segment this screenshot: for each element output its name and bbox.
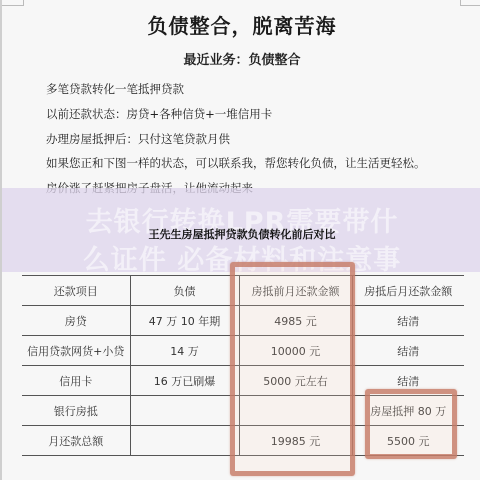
highlight-box-before [230, 262, 355, 476]
table-cell: 月还款总额 [22, 426, 130, 456]
document-page: 负债整合，脱离苦海 最近业务：负债整合 多笔贷款转化一笔抵押贷款 以前还款状态：… [0, 0, 480, 480]
page-title: 负债整合，脱离苦海 [2, 10, 480, 39]
table-cell [130, 426, 239, 456]
table-cell: 银行房抵 [22, 396, 130, 426]
table-cell: 结清 [352, 306, 464, 336]
table-cell [130, 396, 239, 426]
text-line: 如果您正和下图一样的状态，可以联系我，帮您转化负债，让生活更轻松。 [46, 155, 426, 171]
table-caption: 王先生房屋抵押贷款负债转化前后对比 [2, 226, 480, 242]
table-cell: 信用卡 [22, 366, 130, 396]
table-cell: 信用贷款网货+小贷 [22, 336, 130, 366]
column-header: 还款项目 [22, 276, 130, 306]
page-subtitle: 最近业务：负债整合 [2, 49, 480, 68]
column-header: 房抵后月还款金额 [352, 276, 464, 306]
table-cell: 14 万 [130, 336, 239, 366]
text-line: 办理房屋抵押后：只付这笔贷款月供 [46, 131, 230, 147]
text-line: 多笔贷款转化一笔抵押贷款 [46, 81, 184, 97]
table-cell: 16 万已刷爆 [130, 366, 239, 396]
table-cell: 房贷 [22, 306, 130, 336]
column-header: 负债 [130, 276, 239, 306]
crop-corner-top-left [2, 0, 24, 6]
table-cell: 47 万 10 年期 [130, 306, 239, 336]
crop-corner-top-right [460, 0, 480, 6]
highlight-box-after [365, 389, 457, 459]
text-line: 以前还款状态：房贷+各种信贷+一堆信用卡 [46, 106, 272, 122]
table-cell: 结清 [352, 336, 464, 366]
